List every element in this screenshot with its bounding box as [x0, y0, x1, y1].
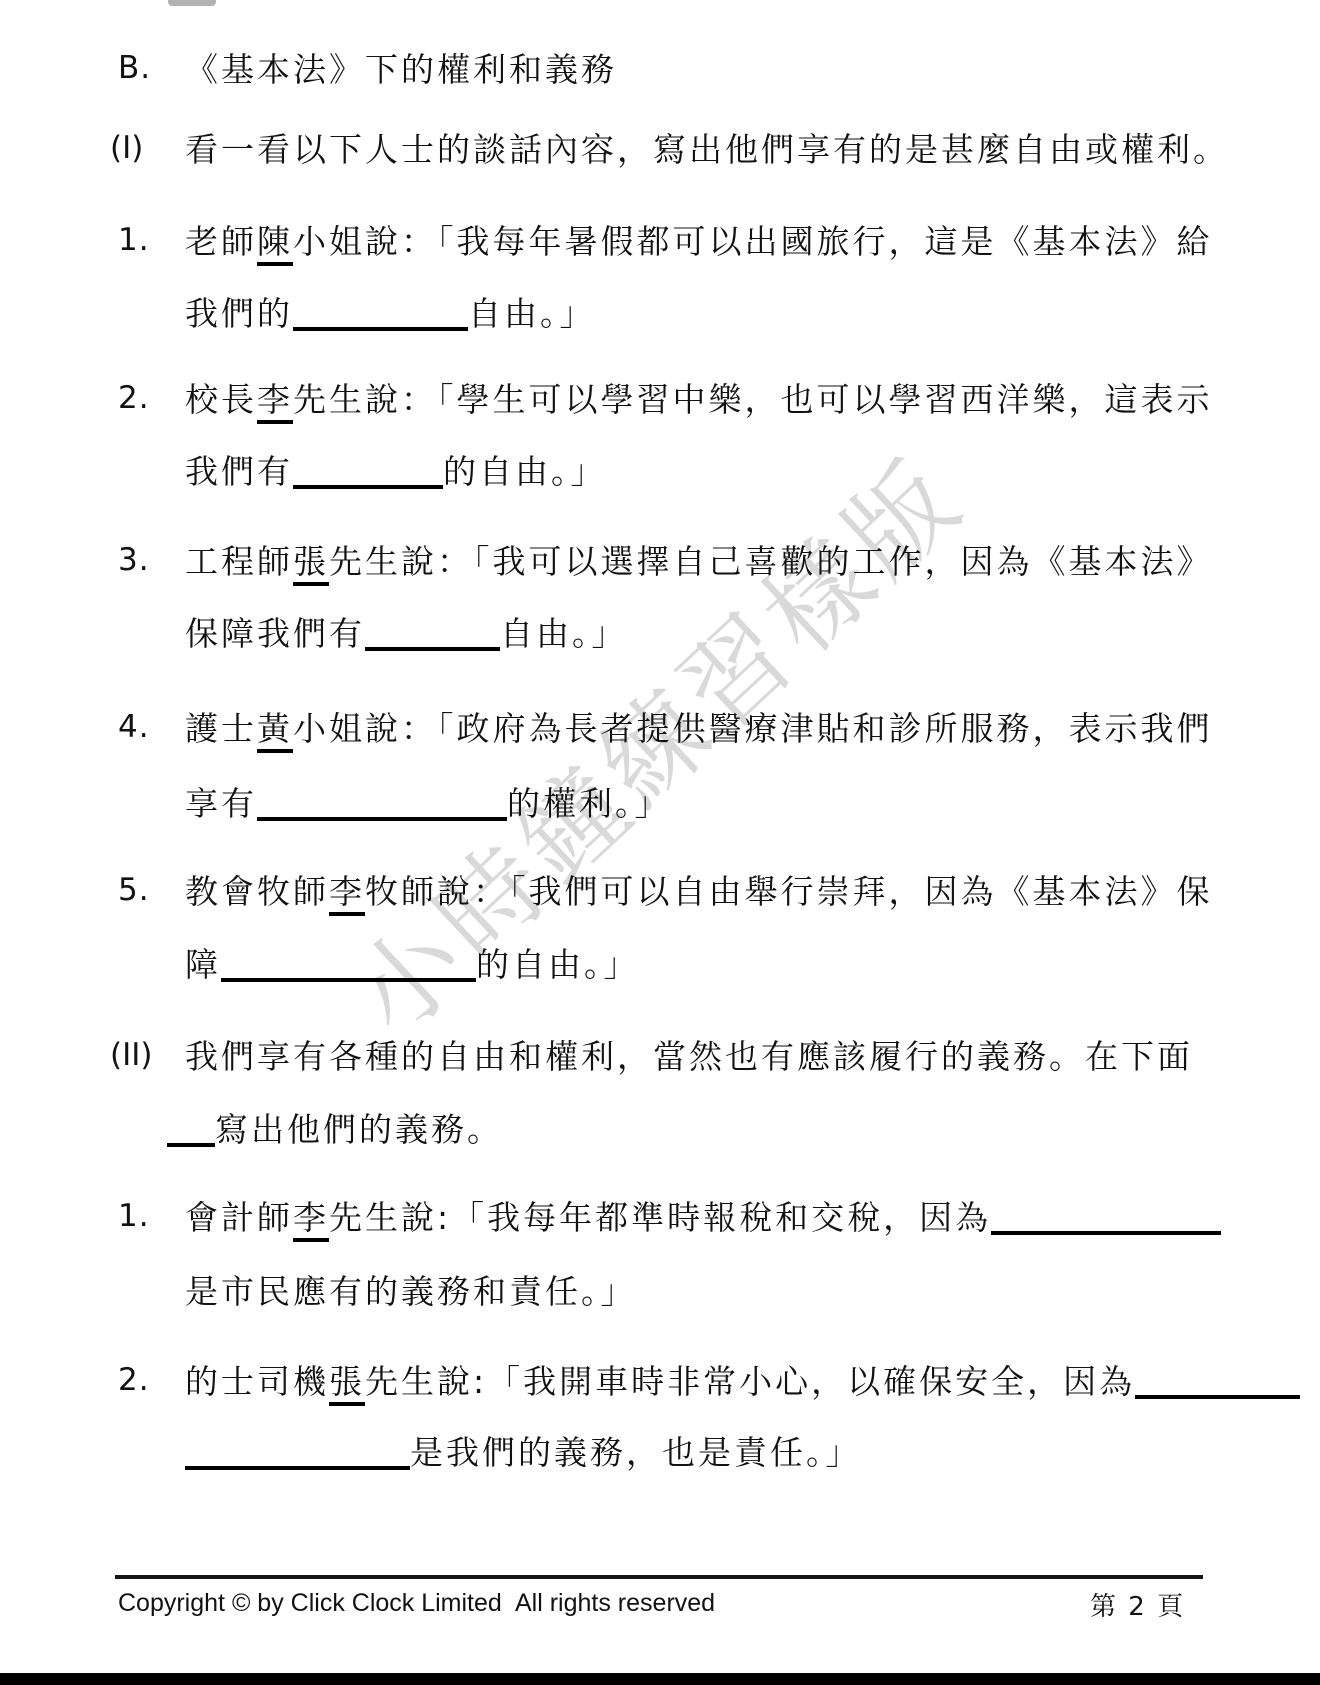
worksheet-page: 小時鐘練習樣版 B. 《基本法》下的權利和義務 (I) 看一看以下人士的談話內容… [0, 0, 1320, 1685]
answer-blank [185, 1440, 410, 1470]
blank-suffix: 自由。」 [468, 294, 596, 333]
question-number: 5. [118, 872, 150, 908]
footer-page-number: 第 2 頁 [1090, 1586, 1185, 1623]
question-text-rest: 小姐說：「我每年暑假都可以出國旅行，這是《基本法》給 [293, 222, 1213, 261]
page-title: 《基本法》下的權利和義務 [185, 50, 617, 90]
question-text-pre: 會計師 [185, 1198, 293, 1237]
question-row: 2. 校長李先生說：「學生可以學習中樂，也可以學習西洋樂，這表示 [0, 380, 1320, 424]
question-row-2: 我們的自由。」 [0, 294, 1320, 338]
question-text-pre: 老師 [185, 222, 257, 261]
answer-blank [293, 459, 443, 489]
question-number: 2. [118, 380, 150, 416]
question-text: 我們的自由。」 [185, 294, 596, 334]
scan-bottom-edge [0, 1673, 1320, 1685]
question-text-rest: 先生說：「我可以選擇自己喜歡的工作，因為《基本法》 [329, 542, 1213, 581]
underlined-surname: 陳 [257, 222, 293, 266]
question-text: 障的自由。」 [185, 945, 640, 985]
question-text-rest: 牧師說：「我們可以自由舉行崇拜，因為《基本法》保 [365, 872, 1213, 911]
question-text-pre: 工程師 [185, 542, 293, 581]
footer-copyright: Copyright © by Click Clock Limited [118, 1589, 502, 1618]
title-label: B. [118, 50, 151, 86]
blank-prefix: 我們有 [185, 452, 293, 491]
question-text: 保障我們有自由。」 [185, 614, 628, 654]
underlined-surname: 李 [329, 872, 365, 916]
answer-blank [293, 301, 468, 331]
question-row-2: 障的自由。」 [0, 945, 1320, 989]
question-text: 是市民應有的義務和責任。」 [185, 1272, 637, 1312]
section2-intro-line1: 我們享有各種的自由和權利，當然也有應該履行的義務。在下面 [185, 1037, 1193, 1077]
blank-prefix: 保障我們有 [185, 614, 365, 653]
question-text-rest: 先生說:「我每年都準時報稅和交稅，因為 [329, 1198, 991, 1237]
question-text: 護士黃小姐說：「政府為長者提供醫療津貼和診所服務，表示我們 [185, 709, 1213, 749]
question-text: 老師陳小姐說：「我每年暑假都可以出國旅行，這是《基本法》給 [185, 222, 1213, 262]
question-text-rest: 先生說:「我開車時非常小心，以確保安全，因為 [365, 1362, 1135, 1401]
blank-prefix: 享有 [185, 784, 257, 823]
question-text-rest: 小姐說：「政府為長者提供醫療津貼和診所服務，表示我們 [293, 709, 1213, 748]
question-row: 5. 教會牧師李牧師說：「我們可以自由舉行崇拜，因為《基本法》保 [0, 872, 1320, 916]
section2-intro-row: (II) 我們享有各種的自由和權利，當然也有應該履行的義務。在下面 [0, 1037, 1320, 1081]
answer-blank [257, 791, 507, 821]
question-number: 1. [118, 222, 150, 258]
question-row: 4. 護士黃小姐說：「政府為長者提供醫療津貼和診所服務，表示我們 [0, 709, 1320, 753]
question-text-pre: 校長 [185, 380, 257, 419]
question-row-2: 我們有的自由。」 [0, 452, 1320, 496]
answer-blank [167, 1117, 215, 1147]
blank-suffix: 自由。」 [500, 614, 628, 653]
question-text: 會計師李先生說:「我每年都準時報稅和交稅，因為 [185, 1198, 1221, 1238]
question-row: 1. 會計師李先生說:「我每年都準時報稅和交稅，因為 [0, 1198, 1320, 1242]
question-number: 1. [118, 1198, 150, 1234]
question-text: 是我們的義務，也是責任。」 [185, 1433, 862, 1473]
answer-blank [221, 952, 476, 982]
footer-divider [115, 1575, 1203, 1579]
question-number: 4. [118, 709, 150, 745]
scan-artifact [168, 0, 216, 6]
underlined-surname: 張 [293, 542, 329, 586]
question-text: 工程師張先生說：「我可以選擇自己喜歡的工作，因為《基本法》 [185, 542, 1213, 582]
blank-suffix: 的權利。」 [507, 784, 671, 823]
answer-blank [1135, 1369, 1300, 1399]
question-row: 2. 的士司機張先生說:「我開車時非常小心，以確保安全，因為 [0, 1362, 1320, 1406]
section1-label: (I) [110, 130, 143, 166]
answer-blank [991, 1205, 1221, 1235]
question-text: 我們有的自由。」 [185, 452, 607, 492]
footer-rights: All rights reserved [515, 1589, 715, 1618]
title-row: B. 《基本法》下的權利和義務 [0, 50, 1320, 94]
question-row-2: 享有的權利。」 [0, 784, 1320, 828]
question-row-2: 保障我們有自由。」 [0, 614, 1320, 658]
question-number: 2. [118, 1362, 150, 1398]
blank-suffix: 的自由。」 [443, 452, 607, 491]
blank-suffix: 是我們的義務，也是責任。」 [410, 1433, 862, 1472]
question-text-pre: 的士司機 [185, 1362, 329, 1401]
underlined-surname: 李 [257, 380, 293, 424]
question-text-rest: 先生說：「學生可以學習中樂，也可以學習西洋樂，這表示 [293, 380, 1213, 419]
question-row-2: 是市民應有的義務和責任。」 [0, 1272, 1320, 1316]
section2-intro-line2: 寫出他們的義務。 [215, 1110, 503, 1149]
question-text: 的士司機張先生說:「我開車時非常小心，以確保安全，因為 [185, 1362, 1300, 1402]
blank-prefix: 我們的 [185, 294, 293, 333]
question-row-2: 是我們的義務，也是責任。」 [0, 1433, 1320, 1477]
question-text-pre: 護士 [185, 709, 257, 748]
question-row: 3. 工程師張先生說：「我可以選擇自己喜歡的工作，因為《基本法》 [0, 542, 1320, 586]
answer-blank [365, 621, 500, 651]
question-text: 校長李先生說：「學生可以學習中樂，也可以學習西洋樂，這表示 [185, 380, 1213, 420]
blank-suffix: 的自由。」 [476, 945, 640, 984]
underlined-surname: 黃 [257, 709, 293, 753]
question-text: 教會牧師李牧師說：「我們可以自由舉行崇拜，因為《基本法》保 [185, 872, 1213, 912]
question-number: 3. [118, 542, 150, 578]
section2-intro-row-2: 寫出他們的義務。 [0, 1110, 1320, 1154]
underlined-surname: 李 [293, 1198, 329, 1242]
question-text-pre: 教會牧師 [185, 872, 329, 911]
section2-intro-line2-wrap: 寫出他們的義務。 [167, 1110, 503, 1150]
question-text: 享有的權利。」 [185, 784, 671, 824]
section1-intro: 看一看以下人士的談話內容，寫出他們享有的是甚麼自由或權利。 [185, 130, 1229, 170]
question-row: 1. 老師陳小姐說：「我每年暑假都可以出國旅行，這是《基本法》給 [0, 222, 1320, 266]
underlined-surname: 張 [329, 1362, 365, 1406]
section1-intro-row: (I) 看一看以下人士的談話內容，寫出他們享有的是甚麼自由或權利。 [0, 130, 1320, 174]
section2-label: (II) [110, 1037, 152, 1073]
blank-prefix: 障 [185, 945, 221, 984]
